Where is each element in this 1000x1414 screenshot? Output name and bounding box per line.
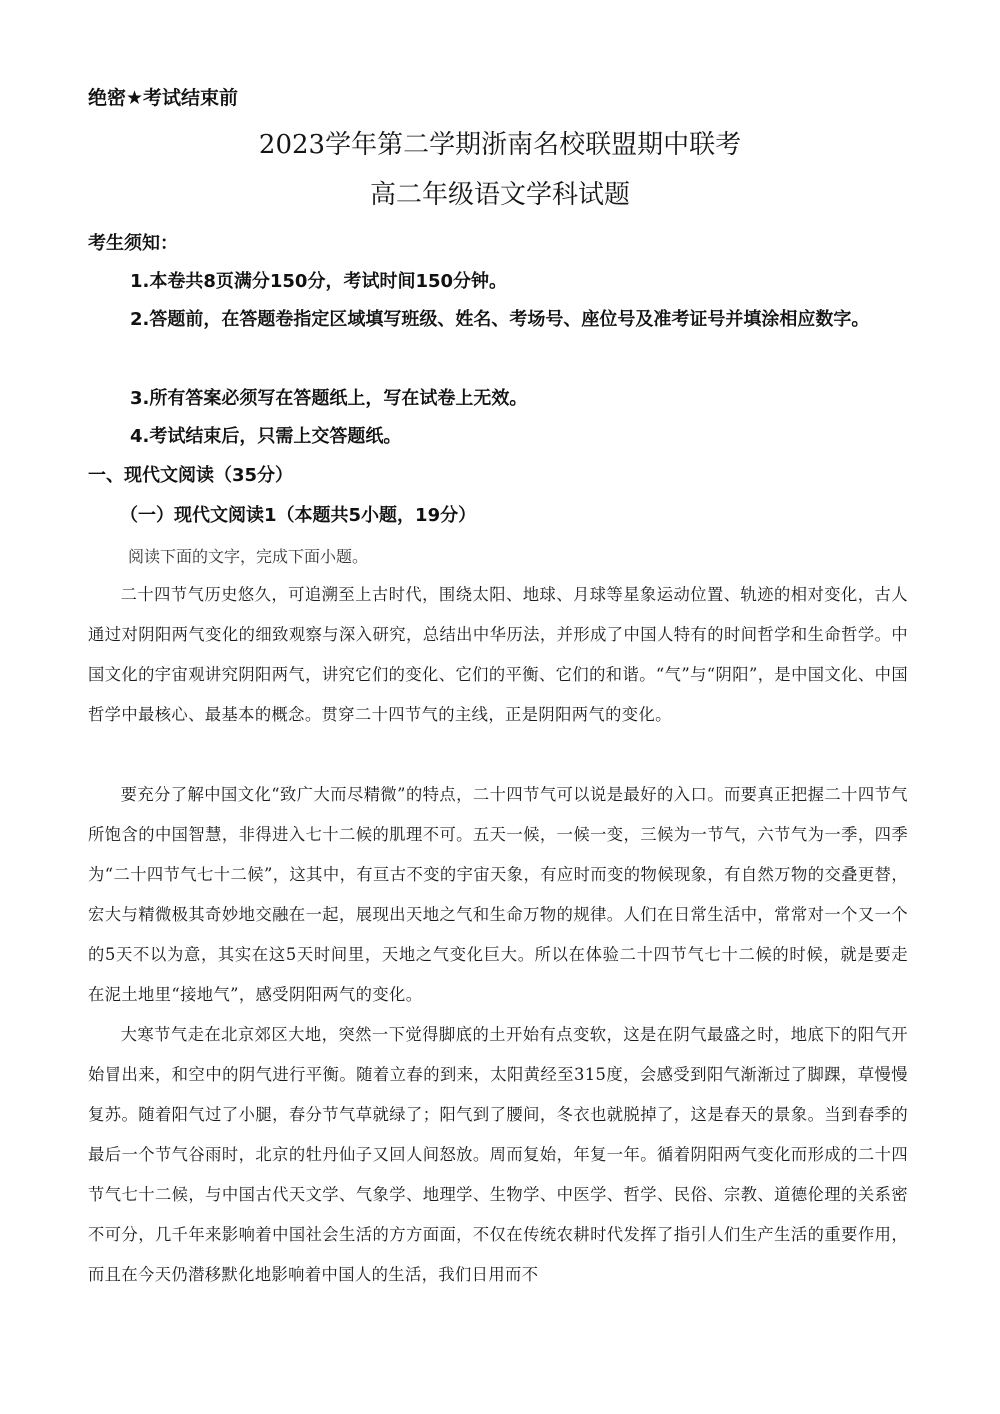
passage-paragraph: 大寒节气走在北京郊区大地，突然一下觉得脚底的土开始有点变软，这是在阴气最盛之时，… bbox=[88, 1015, 908, 1295]
confidential-label: 绝密★考试结束前 bbox=[88, 86, 238, 110]
subsection-heading: （一）现代文阅读1（本题共5小题，19分） bbox=[120, 497, 476, 534]
exam-page: 绝密★考试结束前 2023学年第二学期浙南名校联盟期中联考 高二年级语文学科试题… bbox=[0, 0, 1000, 1414]
notice-heading: 考生须知： bbox=[88, 232, 178, 256]
exam-title: 2023学年第二学期浙南名校联盟期中联考 bbox=[0, 129, 1000, 161]
passage-paragraph: 要充分了解中国文化“致广大而尽精微”的特点，二十四节气可以说是最好的入口。而要真… bbox=[88, 775, 908, 1015]
exam-subtitle: 高二年级语文学科试题 bbox=[0, 179, 1000, 211]
section-heading: 一、现代文阅读（35分） bbox=[88, 457, 293, 494]
notice-item: 3.所有答案必须写在答题纸上，写在试卷上无效。 bbox=[88, 380, 908, 417]
notice-item: 1.本卷共8页满分150分，考试时间150分钟。 bbox=[88, 263, 908, 300]
reading-instruction: 阅读下面的文字，完成下面小题。 bbox=[128, 538, 368, 575]
passage-paragraph: 二十四节气历史悠久，可追溯至上古时代，围绕太阳、地球、月球等星象运动位置、轨迹的… bbox=[88, 575, 908, 735]
notice-item: 4.考试结束后，只需上交答题纸。 bbox=[88, 418, 908, 455]
notice-item: 2.答题前，在答题卷指定区域填写班级、姓名、考场号、座位号及准考证号并填涂相应数… bbox=[88, 301, 908, 338]
